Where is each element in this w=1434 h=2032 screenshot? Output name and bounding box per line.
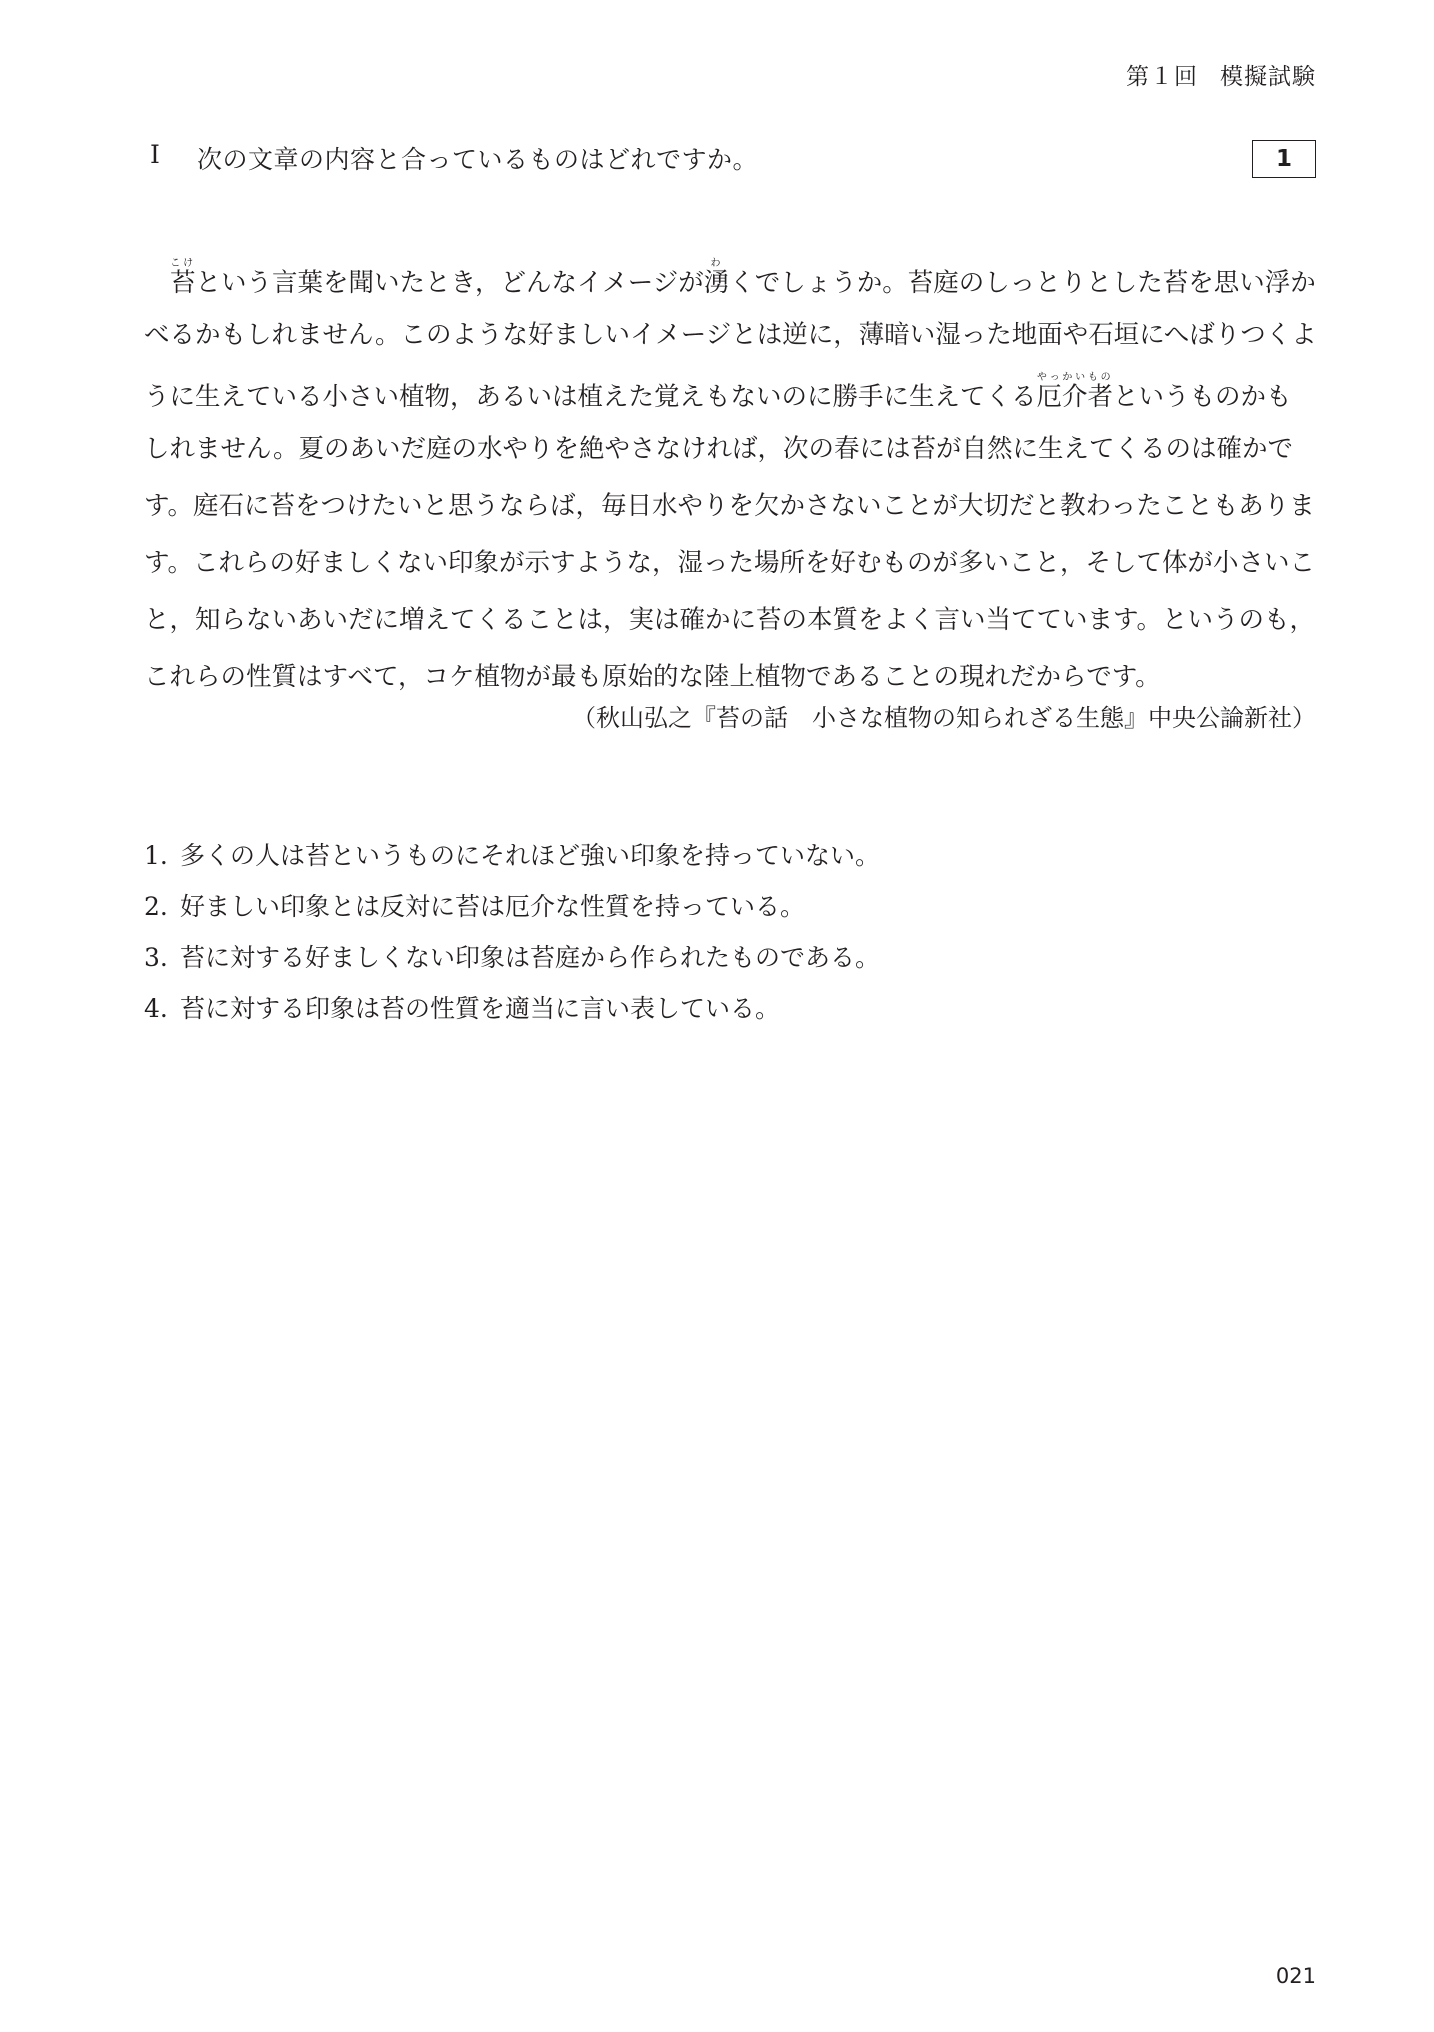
passage-line: しれません。夏のあいだ庭の水やりを絶やさなければ，次の春には苔が自然に生えてくる… <box>144 429 1319 486</box>
choice-text: 好ましい印象とは反対に苔は厄介な性質を持っている。 <box>180 892 805 921</box>
passage-line: と，知らないあいだに増えてくることは，実は確かに苔の本質をよく言い当てています。… <box>144 600 1319 657</box>
choice-2[interactable]: 2.好ましい印象とは反対に苔は厄介な性質を持っている。 <box>144 887 880 938</box>
question-row: Ⅰ 次の文章の内容と合っているものはどれですか。 1 <box>150 140 1316 180</box>
source-citation: （秋山弘之『苔の話 小さな植物の知られざる生態』中央公論新社） <box>572 698 1316 733</box>
passage-line: べるかもしれません。このような好ましいイメージとは逆に，薄暗い湿った地面や石垣に… <box>144 315 1319 372</box>
question-number: Ⅰ <box>150 140 160 169</box>
choice-1[interactable]: 1.多くの人は苔というものにそれほど強い印象を持っていない。 <box>144 836 880 887</box>
choice-number: 1. <box>144 836 180 876</box>
choice-text: 苔に対する好ましくない印象は苔庭から作られたものである。 <box>180 943 880 972</box>
choice-number: 3. <box>144 938 180 978</box>
passage-segment: うに生えている小さい植物，あるいは植えた覚えもないのに勝手に生えてくる厄介者やっ… <box>144 372 1292 429</box>
question-prompt: 次の文章の内容と合っているものはどれですか。 <box>197 140 758 176</box>
exam-header: 第１回模擬試験 <box>1126 58 1316 91</box>
ruby-waku: 湧わ <box>704 268 730 298</box>
passage-line: す。これらの好ましくない印象が示すような，湿った場所を好むものが多いこと，そして… <box>144 543 1319 600</box>
exam-title: 模擬試験 <box>1220 64 1316 90</box>
choice-text: 多くの人は苔というものにそれほど強い印象を持っていない。 <box>180 841 880 870</box>
passage-line: うに生えている小さい植物，あるいは植えた覚えもないのに勝手に生えてくる厄介者やっ… <box>144 372 1319 429</box>
choice-3[interactable]: 3.苔に対する好ましくない印象は苔庭から作られたものである。 <box>144 938 880 989</box>
passage-line: す。庭石に苔をつけたいと思うならば，毎日水やりを欠かさないことが大切だと教わった… <box>144 486 1319 543</box>
choice-number: 4. <box>144 989 180 1029</box>
answer-box: 1 <box>1252 140 1316 178</box>
page-number: 021 <box>1276 1964 1316 1988</box>
choice-number: 2. <box>144 887 180 927</box>
passage-segment: 苔こけという言葉を聞いたとき，どんなイメージが湧わくでしょうか。苔庭のしっとりと… <box>170 258 1316 315</box>
ruby-koke: 苔こけ <box>170 268 196 298</box>
choice-4[interactable]: 4.苔に対する印象は苔の性質を適当に言い表している。 <box>144 989 880 1040</box>
answer-choices: 1.多くの人は苔というものにそれほど強い印象を持っていない。 2.好ましい印象と… <box>144 836 880 1040</box>
reading-passage: 苔こけという言葉を聞いたとき，どんなイメージが湧わくでしょうか。苔庭のしっとりと… <box>144 258 1319 714</box>
ruby-yakkaimono: 厄介者やっかいもの <box>1037 382 1114 412</box>
passage-line: 苔こけという言葉を聞いたとき，どんなイメージが湧わくでしょうか。苔庭のしっとりと… <box>144 258 1319 315</box>
choice-text: 苔に対する印象は苔の性質を適当に言い表している。 <box>180 994 780 1023</box>
exam-round: 第１回 <box>1126 64 1198 90</box>
